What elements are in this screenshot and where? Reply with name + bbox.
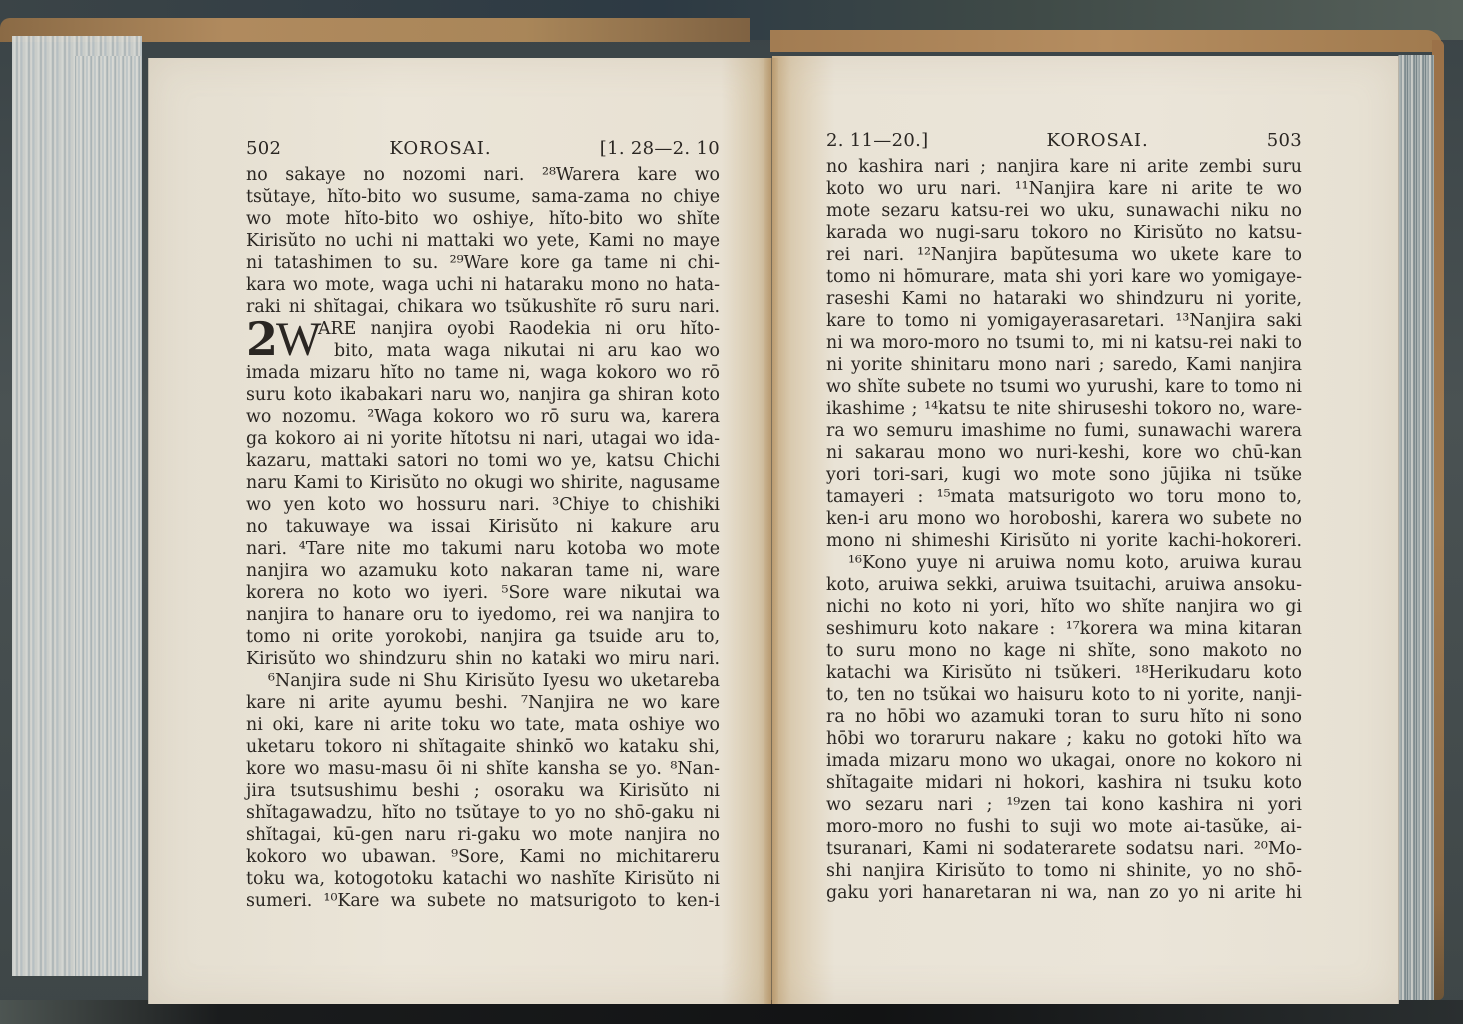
- text-line: tomo ni hōmurare, mata shi yori kare wo …: [826, 266, 1302, 288]
- text-line: wo mote hĭto-bito wo oshiye, hĭto-bito w…: [246, 208, 720, 230]
- text-line: ikashime ; ¹⁴katsu te nite shiruseshi to…: [826, 398, 1302, 420]
- text-line: katachi wa Kirisŭto ni tsŭkeri. ¹⁸Heriku…: [826, 662, 1302, 684]
- text-line: no kashira nari ; nanjira kare ni arite …: [826, 156, 1302, 178]
- text-line: gaku yori hanaretaran ni wa, nan zo yo n…: [826, 882, 1302, 904]
- right-running-head: 2. 11—20.] KOROSAI. 503: [826, 130, 1302, 156]
- verse-range: [1. 28—2. 10: [600, 138, 720, 160]
- left-page-text: 502 KOROSAI. [1. 28—2. 10 no sakaye no n…: [246, 138, 720, 912]
- text-line: no sakaye no nozomi nari. ²⁸Warera kare …: [246, 164, 720, 186]
- text-line: ni oki, kare ni arite toku wo tate, mata…: [246, 714, 720, 736]
- text-line: koto, aruiwa sekki, aruiwa tsuitachi, ar…: [826, 574, 1302, 596]
- text-line: naru Kami to Kirisŭto no okugi wo shirit…: [246, 472, 720, 494]
- running-title: KOROSAI.: [389, 138, 491, 160]
- text-line: ra no hōbi wo azamuki toran to suru hĭto…: [826, 706, 1302, 728]
- text-line: kokoro wo ubawan. ⁹Sore, Kami no michita…: [246, 846, 720, 868]
- left-running-head: 502 KOROSAI. [1. 28—2. 10: [246, 138, 720, 164]
- text-line: to suru mono no kage ni shĭte, sono mako…: [826, 640, 1302, 662]
- text-line: ¹⁶Kono yuye ni aruiwa nomu koto, aruiwa …: [826, 552, 1302, 574]
- page-stack-right: [1398, 55, 1434, 1000]
- text-line: shĭtagaite midari ni hokori, kashira ni …: [826, 772, 1302, 794]
- running-title: KOROSAI.: [1046, 130, 1148, 152]
- text-line: kazaru, mattaki satori no tomi wo ye, ka…: [246, 450, 720, 472]
- right-page-text: 2. 11—20.] KOROSAI. 503 no kashira nari …: [826, 130, 1302, 904]
- text-line: to, ten no tsŭkai wo haisuru koto to ni …: [826, 684, 1302, 706]
- paragraph-verses-16-20: ¹⁶Kono yuye ni aruiwa nomu koto, aruiwa …: [826, 552, 1302, 904]
- text-line: shĭtagai, kū-gen naru ri-gaku wo mote na…: [246, 824, 720, 846]
- text-line: kore wo masu-masu ōi ni shĭte kansha se …: [246, 758, 720, 780]
- chapter-opening: 2 W ARE nanjira oyobi Raodekia ni oru hĭ…: [246, 318, 720, 670]
- book-cover-right-edge: [770, 30, 1442, 52]
- text-line: ni yorite shinitaru mono nari ; saredo, …: [826, 354, 1302, 376]
- drop-initial: W: [276, 318, 321, 362]
- text-line: nanjira to hanare oru to iyedomo, rei wa…: [246, 604, 720, 626]
- text-line: uketaru tokoro ni shĭtagaite shinkō wo k…: [246, 736, 720, 758]
- text-line: tsuranari, Kami ni sodaterarete sodatsu …: [826, 838, 1302, 860]
- text-line: jira tsutsushimu beshi ; osoraku wa Kiri…: [246, 780, 720, 802]
- page-number: 503: [1267, 130, 1302, 152]
- page-stack-left-inner: [75, 56, 141, 976]
- book-gutter: [764, 58, 778, 1004]
- text-line: ni wa moro-moro no tsumi to, mi ni katsu…: [826, 332, 1302, 354]
- text-line: ni sakarau mono wo nuri-keshi, kore wo c…: [826, 442, 1302, 464]
- text-line: Kirisŭto no uchi ni mattaki wo yete, Kam…: [246, 230, 720, 252]
- text-line: Kirisŭto wo shindzuru shin no kataki wo …: [246, 648, 720, 670]
- text-line: kara wo mote, waga uchi ni hataraku mono…: [246, 274, 720, 296]
- text-line: hōbi wo toraruru nakare ; kaku no gotoki…: [826, 728, 1302, 750]
- text-line: korera no koto wo iyeri. ⁵Sore ware niku…: [246, 582, 720, 604]
- text-line: sumeri. ¹⁰Kare wa subete no matsurigoto …: [246, 890, 720, 912]
- text-line: koto wo uru nari. ¹¹Nanjira kare ni arit…: [826, 178, 1302, 200]
- paragraph-verses-6-10: ⁶Nanjira sude ni Shu Kirisŭto Iyesu wo u…: [246, 670, 720, 912]
- paragraph-verses-10-15: no kashira nari ; nanjira kare ni arite …: [826, 156, 1302, 552]
- text-line: mote sezaru katsu-rei wo uku, sunawachi …: [826, 200, 1302, 222]
- text-line: ni tatashimen to su. ²⁹Ware kore ga tame…: [246, 252, 720, 274]
- text-line: tomo ni orite yorokobi, nanjira ga tsuid…: [246, 626, 720, 648]
- chapter-number: 2: [246, 316, 278, 362]
- text-line: ra wo semuru imashime no fumi, sunawachi…: [826, 420, 1302, 442]
- text-line: tamayeri : ¹⁵mata matsurigoto wo toru mo…: [826, 486, 1302, 508]
- text-line: nichi no koto ni yori, hĭto wo shĭte nan…: [826, 596, 1302, 618]
- text-line: yori tori-sari, kugi wo mote sono jūjika…: [826, 464, 1302, 486]
- text-line: wo nozomu. ²Waga kokoro wo rō suru wa, k…: [246, 406, 720, 428]
- text-line: ga kokoro ai ni yorite hĭtotsu ni nari, …: [246, 428, 720, 450]
- text-line: mono ni shimeshi Kirisŭto ni yorite kach…: [826, 530, 1302, 552]
- text-line: toku wa, kotogotoku katachi wo nashĭte K…: [246, 868, 720, 890]
- text-line: karada wo nugi-saru tokoro no Kirisŭto n…: [826, 222, 1302, 244]
- text-line: no takuwaye wa issai Kirisŭto ni kakure …: [246, 516, 720, 538]
- text-line: nanjira wo azamuku koto nakaran tame ni,…: [246, 560, 720, 582]
- paragraph-verses-1-5: ARE nanjira oyobi Raodekia ni oru hĭto-b…: [246, 318, 720, 670]
- page-number: 502: [246, 138, 281, 160]
- text-line: wo yen koto wo hossuru nari. ³Chiye to c…: [246, 494, 720, 516]
- text-line: rei nari. ¹²Nanjira bapŭtesuma wo ukete …: [826, 244, 1302, 266]
- text-line: moro-moro no fushi to suji wo mote ai-ta…: [826, 816, 1302, 838]
- text-line: tsŭtaye, hĭto-bito wo susume, sama-zama …: [246, 186, 720, 208]
- text-line: ken-i aru mono wo horoboshi, karera wo s…: [826, 508, 1302, 530]
- text-line: suru koto ikabakari naru wo, nanjira ga …: [246, 384, 720, 406]
- text-line: shĭtagawadzu, hĭto no tsŭtaye to yo no s…: [246, 802, 720, 824]
- text-line: imada mizaru mono wo ukagai, onore no ko…: [826, 750, 1302, 772]
- text-line: nari. ⁴Tare nite mo takumi naru kotoba w…: [246, 538, 720, 560]
- text-line: shi nanjira Kirisŭto to tomo ni shinite,…: [826, 860, 1302, 882]
- verse-range: 2. 11—20.]: [826, 130, 928, 152]
- text-line: kare to tomo ni yomigayerasaretari. ¹³Na…: [826, 310, 1302, 332]
- text-line: seshimuru koto nakare : ¹⁷korera wa mina…: [826, 618, 1302, 640]
- paragraph-verses-28-29: no sakaye no nozomi nari. ²⁸Warera kare …: [246, 164, 720, 318]
- text-line: wo sezaru nari ; ¹⁹zen tai kono kashira …: [826, 794, 1302, 816]
- text-line: kare ni arite ayumu beshi. ⁷Nanjira ne w…: [246, 692, 720, 714]
- text-line: raseshi Kami no hataraki wo shindzuru ni…: [826, 288, 1302, 310]
- text-line: ⁶Nanjira sude ni Shu Kirisŭto Iyesu wo u…: [246, 670, 720, 692]
- text-line: wo shĭte subete no tsumi wo yurushi, kar…: [826, 376, 1302, 398]
